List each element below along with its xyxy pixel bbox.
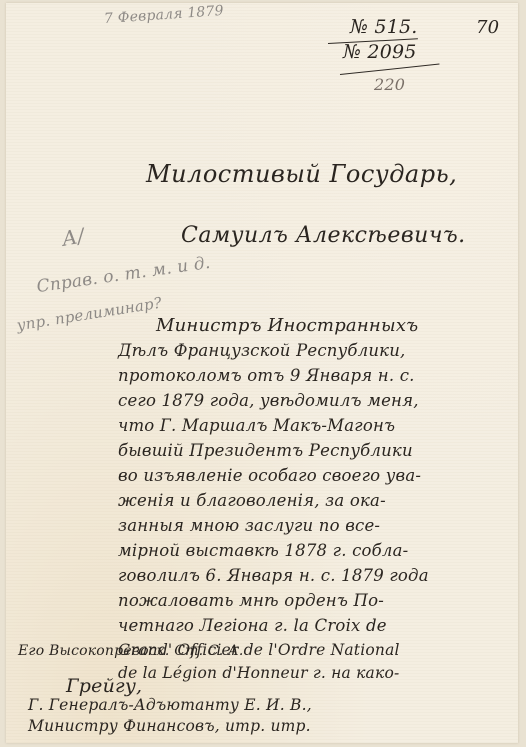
- body-line-6: бывшій Президентъ Республики: [118, 441, 413, 460]
- addressee-line3: Г. Генералъ-Адъютанту Е. И. В.,: [28, 696, 312, 714]
- body-line-11: говолилъ 6. Января н. с. 1879 года: [118, 566, 429, 585]
- body-line-9: занныя мною заслуги по все-: [118, 516, 380, 535]
- date-note: 7 Февраля 1879: [104, 3, 225, 27]
- body-line-12: пожаловать мнѣ орденъ По-: [118, 591, 384, 610]
- body-line-5: что Г. Маршалъ Макъ-Магонъ: [118, 416, 395, 435]
- initials-mark: А/: [60, 223, 86, 251]
- body-line-4: сего 1879 года, увѣдомилъ меня,: [118, 391, 419, 410]
- body-line-3: протоколомъ отъ 9 Января н. с.: [118, 366, 415, 385]
- number-underline: [340, 64, 440, 75]
- number-bottom: № 2095: [343, 41, 417, 63]
- page-number: 70: [476, 17, 499, 38]
- addressee-line1: Его Высокопревосх. Ст. С. А.: [18, 643, 244, 659]
- margin-note-2: упр. прелиминар?: [15, 294, 163, 335]
- addressee-line4: Министру Финансовъ, итр. итр.: [28, 717, 311, 735]
- body-line-10: мірной выставкѣ 1878 г. соблa-: [118, 541, 408, 560]
- number-top: № 515.: [350, 16, 418, 38]
- body-line-1: Министръ Иностранныхъ: [156, 315, 418, 336]
- salutation-line2: Самуилъ Алексѣевичъ.: [181, 223, 466, 248]
- archive-number: 220: [374, 75, 405, 94]
- body-line-2: Дѣлъ Французской Республики,: [118, 341, 406, 360]
- margin-note-1: Справ. о. т. м. и д.: [35, 253, 211, 297]
- body-line-13: четнаго Легіона г. la Croix de: [118, 616, 387, 635]
- body-line-7: во изъявленіе особаго своего ува-: [118, 466, 421, 485]
- salutation-line1: Милостивый Государь,: [146, 160, 457, 188]
- addressee-line2: Грейгу,: [66, 675, 142, 697]
- body-line-15: de la Légion d'Honneur г. на како-: [118, 664, 399, 682]
- letter-page: 7 Февраля 1879 № 515. № 2095 220 70 Мило…: [6, 3, 518, 743]
- body-line-8: женія и благоволенія, за ока-: [118, 491, 386, 510]
